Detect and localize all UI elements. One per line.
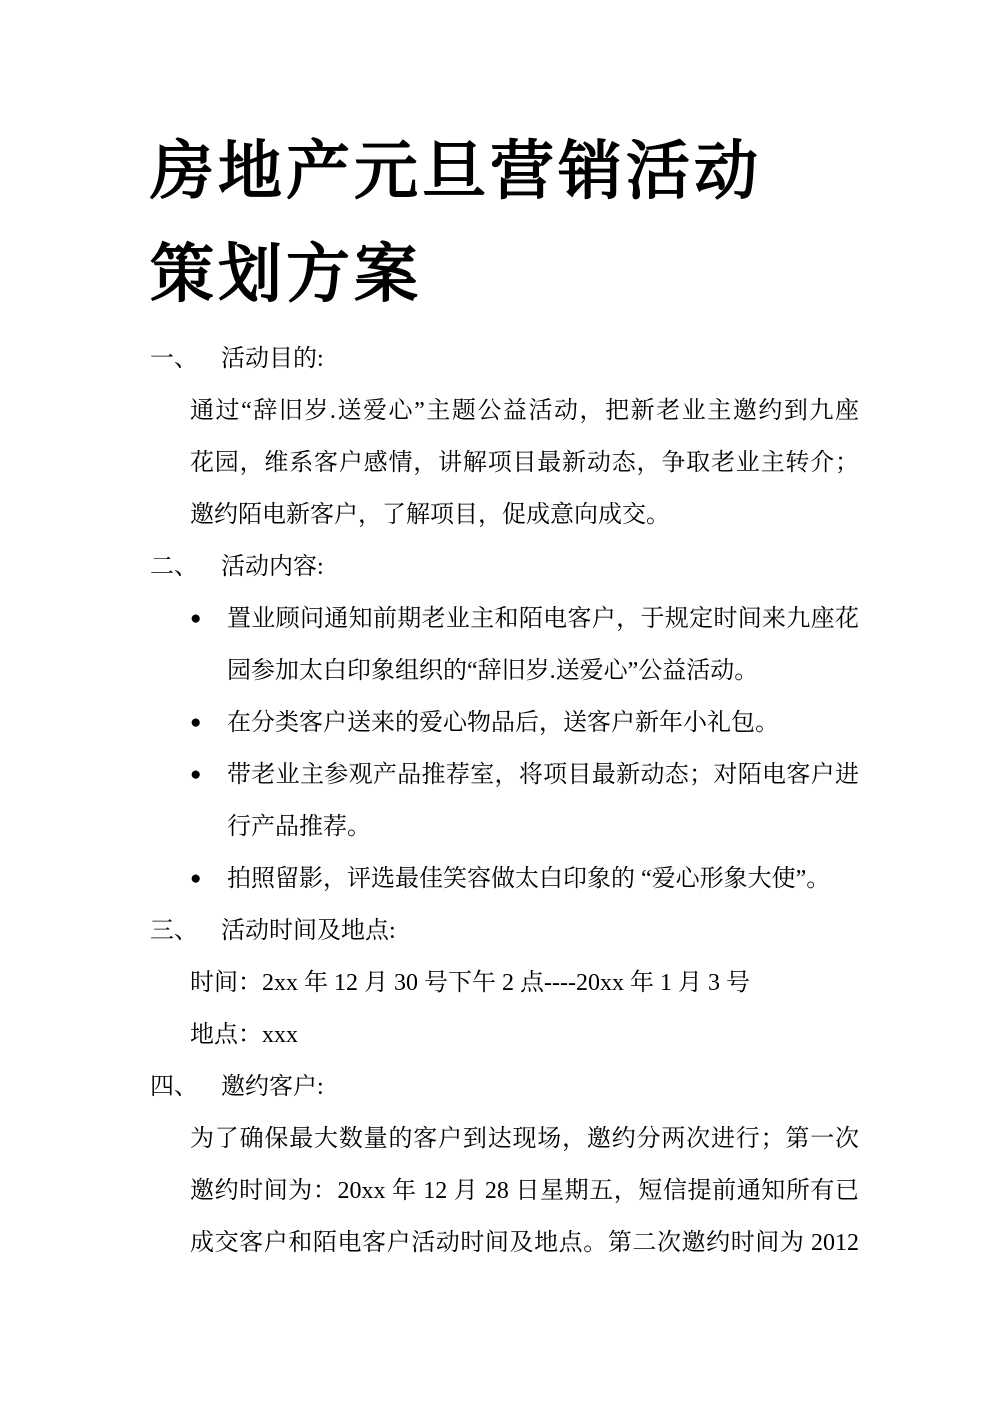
section-4-paragraph: 为了确保最大数量的客户到达现场，邀约分两次进行；第一次 邀约时间为：20xx 年… (190, 1113, 859, 1269)
title-line-1: 房地产元旦营销活动 (150, 120, 859, 223)
document-page: 房地产元旦营销活动 策划方案 一、活动目的: 通过“辞旧岁.送爱心”主题公益活动… (0, 0, 993, 1404)
bullet-icon: ● (190, 853, 201, 905)
bullet-list-item: ● 置业顾问通知前期老业主和陌电客户，于规定时间来九座花 园参加太白印象组织的“… (190, 593, 859, 697)
bullet-icon: ● (190, 749, 201, 801)
section-heading-1: 一、活动目的: (150, 333, 859, 385)
section-number: 二、 (150, 541, 221, 593)
bullet-icon: ● (190, 593, 201, 645)
paragraph-line: 成交客户和陌电客户活动时间及地点。第二次邀约时间为 2012 (190, 1217, 859, 1269)
paragraph-line: 邀约时间为：20xx 年 12 月 28 日星期五，短信提前通知所有已 (190, 1165, 859, 1217)
document-title: 房地产元旦营销活动 策划方案 (150, 120, 859, 326)
bullet-line: 行产品推荐。 (227, 801, 859, 853)
paragraph-line: 邀约陌电新客户，了解项目，促成意向成交。 (190, 489, 859, 541)
section-heading-3: 三、活动时间及地点: (150, 905, 859, 957)
section-number: 四、 (150, 1061, 221, 1113)
section-heading-4: 四、邀约客户: (150, 1061, 859, 1113)
section-1-paragraph: 通过“辞旧岁.送爱心”主题公益活动，把新老业主邀约到九座 花园，维系客户感情，讲… (190, 385, 859, 541)
bullet-line: 置业顾问通知前期老业主和陌电客户，于规定时间来九座花 (227, 593, 859, 645)
paragraph-line: 花园，维系客户感情，讲解项目最新动态，争取老业主转介； (190, 437, 859, 489)
bullet-icon: ● (190, 697, 201, 749)
bullet-list-item: ● 在分类客户送来的爱心物品后，送客户新年小礼包。 (190, 697, 859, 749)
section-label: 活动时间及地点: (221, 918, 396, 944)
section-number: 三、 (150, 905, 221, 957)
section-label: 邀约客户: (221, 1074, 324, 1100)
time-line: 时间：2xx 年 12 月 30 号下午 2 点----20xx 年 1 月 3… (190, 957, 859, 1009)
bullet-list-item: ● 拍照留影，评选最佳笑容做太白印象的 “爱心形象大使”。 (190, 853, 859, 905)
bullet-line: 在分类客户送来的爱心物品后，送客户新年小礼包。 (227, 697, 859, 749)
section-label: 活动内容: (221, 554, 324, 580)
title-line-2: 策划方案 (150, 223, 859, 326)
bullet-list-item: ● 带老业主参观产品推荐室，将项目最新动态；对陌电客户进 行产品推荐。 (190, 749, 859, 853)
place-line: 地点：xxx (190, 1009, 859, 1061)
paragraph-line: 通过“辞旧岁.送爱心”主题公益活动，把新老业主邀约到九座 (190, 385, 859, 437)
section-3-paragraph: 时间：2xx 年 12 月 30 号下午 2 点----20xx 年 1 月 3… (190, 957, 859, 1061)
paragraph-line: 为了确保最大数量的客户到达现场，邀约分两次进行；第一次 (190, 1113, 859, 1165)
section-label: 活动目的: (221, 346, 324, 372)
bullet-line: 拍照留影，评选最佳笑容做太白印象的 “爱心形象大使”。 (227, 853, 859, 905)
section-number: 一、 (150, 333, 221, 385)
bullet-line: 带老业主参观产品推荐室，将项目最新动态；对陌电客户进 (227, 749, 859, 801)
document-body: 一、活动目的: 通过“辞旧岁.送爱心”主题公益活动，把新老业主邀约到九座 花园，… (150, 333, 859, 1269)
bullet-line: 园参加太白印象组织的“辞旧岁.送爱心”公益活动。 (227, 645, 859, 697)
section-heading-2: 二、活动内容: (150, 541, 859, 593)
